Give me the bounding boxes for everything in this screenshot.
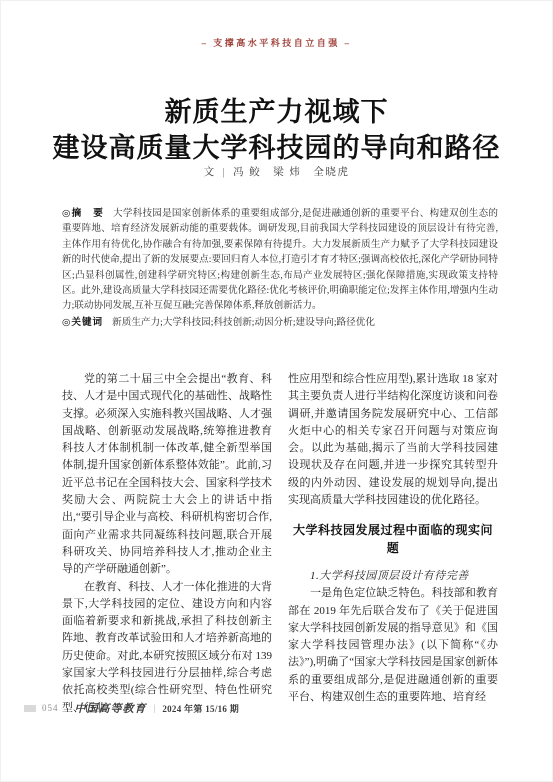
- page-number: 054: [42, 703, 59, 713]
- keywords-block: ◎关键词新质生产力;大学科技园;科技创新;动因分析;建设导向;路径优化: [62, 315, 498, 330]
- footer-divider: |: [154, 703, 156, 713]
- abstract-text: 大学科技园是国家创新体系的重要组成部分,是促进融通创新的重要平台、构建双创生态的…: [62, 208, 498, 311]
- body-paragraph: 一是角色定位缺乏特色。科技部和教育部在 2019 年先后联合发布了《关于促进国家…: [288, 585, 498, 706]
- page-edge-bar-icon: [24, 705, 36, 712]
- abstract-block: ◎摘 要大学科技园是国家创新体系的重要组成部分,是促进融通创新的重要平台、构建双…: [62, 206, 498, 314]
- issue-label: 2024 年第 15/16 期: [162, 702, 239, 715]
- header-slogan: – 支撑高水平科技自立自强 –: [0, 36, 553, 49]
- keywords-label: ◎关键词: [62, 317, 103, 328]
- byline: 文|冯 鲛 梁 炜 全晓虎: [0, 164, 553, 179]
- document-page: – 支撑高水平科技自立自强 – 新质生产力视域下 建设高质量大学科技园的导向和路…: [0, 0, 553, 782]
- article-title: 新质生产力视域下 建设高质量大学科技园的导向和路径: [0, 94, 553, 166]
- journal-logo: 中国高等教育: [75, 700, 147, 716]
- byline-prefix: 文: [204, 167, 216, 178]
- body-paragraph: 在教育、科技、人才一体化推进的大背景下,大学科技园的定位、建设方向和内容面临着新…: [62, 579, 272, 717]
- section-heading: 大学科技园发展过程中面临的现实问题: [288, 522, 498, 557]
- article-title-line1: 新质生产力视域下: [0, 94, 553, 130]
- subsection-heading: 1.大学科技园顶层设计有待完善: [288, 568, 498, 585]
- body-paragraph: 性应用型和综合性应用型),累计选取 18 家对其主要负责人进行半结构化深度访谈和…: [288, 371, 498, 509]
- left-column: 党的第二十届三中全会提出“教育、科技、人才是中国式现代化的基础性、战略性支撑。必…: [62, 371, 272, 717]
- byline-authors: 冯 鲛 梁 炜 全晓虎: [233, 167, 349, 178]
- byline-divider: |: [223, 167, 227, 178]
- body-paragraph: 党的第二十届三中全会提出“教育、科技、人才是中国式现代化的基础性、战略性支撑。必…: [62, 371, 272, 579]
- page-footer: 054 中国高等教育 | 2024 年第 15/16 期: [24, 700, 239, 716]
- right-column: 性应用型和综合性应用型),累计选取 18 家对其主要负责人进行半结构化深度访谈和…: [288, 371, 498, 717]
- abstract-label: ◎摘 要: [62, 208, 104, 219]
- keywords-text: 新质生产力;大学科技园;科技创新;动因分析;建设导向;路径优化: [112, 317, 375, 328]
- body-columns: 党的第二十届三中全会提出“教育、科技、人才是中国式现代化的基础性、战略性支撑。必…: [62, 371, 498, 717]
- article-title-line2: 建设高质量大学科技园的导向和路径: [0, 130, 553, 166]
